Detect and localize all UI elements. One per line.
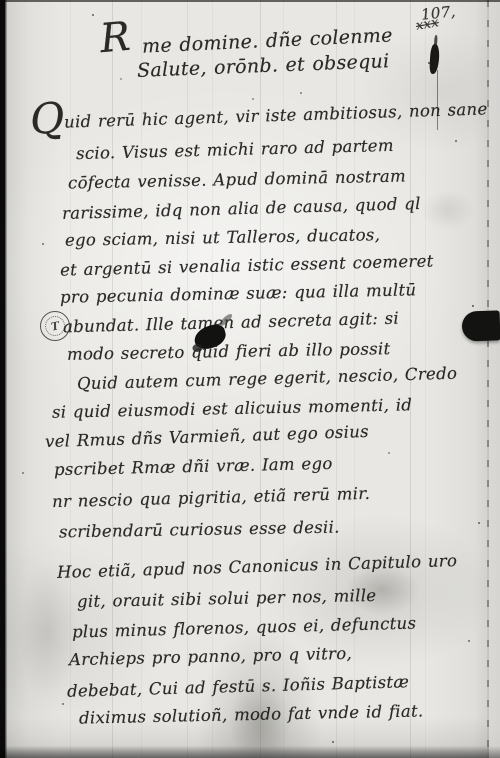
body-line: et argentū si venalia istic essent coeme… — [60, 251, 434, 279]
scan-margin-right — [489, 0, 500, 758]
library-stamp-icon: T — [40, 311, 70, 341]
body-line: scribendarū curiosus esse desii. — [59, 518, 340, 542]
body-line: pro pecunia dominæ suæ: qua illa multū — [60, 280, 417, 306]
binding-shadow-left — [0, 0, 7, 758]
scan-edge-top — [0, 0, 500, 2]
body-drop-cap: Q — [29, 97, 67, 141]
body-line: si quid eiusmodi est alicuius momenti, i… — [52, 395, 413, 422]
paper-stain — [420, 190, 475, 230]
body-line: debebat, Cui ad festū s. Ioñis Baptistæ — [67, 672, 410, 701]
manuscript-page: 107, xxx R me domine. dñe colenme Salute… — [0, 0, 500, 758]
ink-drip-icon — [429, 44, 440, 75]
binding-tab — [461, 310, 500, 341]
body-line: ego sciam, nisi ut Talleros, ducatos, — [65, 225, 380, 249]
body-line: git, orauit sibi solui per nos, mille — [77, 586, 377, 611]
page-edge-right — [487, 0, 489, 758]
body-line: diximus solutioñ, modo fat vnde id fiat. — [79, 701, 424, 727]
body-line: uid rerū hic agent, vir iste ambitiosus,… — [64, 99, 488, 131]
heading-initial: R — [98, 17, 132, 59]
body-line: scio. Visus est michi raro ad partem — [76, 136, 394, 163]
body-line: pscribet Rmæ dñi vræ. Iam ego — [54, 454, 333, 479]
scan-edge-bottom — [0, 746, 500, 758]
body-line: Hoc etiã, apud nos Canonicus in Capitulo… — [57, 551, 458, 582]
folio-annotation-crossed-out: xxx — [415, 15, 440, 34]
library-stamp-glyph: T — [43, 314, 67, 338]
body-line: Quid autem cum rege egerit, nescio, Cred… — [77, 364, 458, 394]
body-line: plus minus florenos, quos ei, defunctus — [72, 613, 417, 641]
body-line: cōfecta venisse. Apud dominā nostram — [68, 166, 406, 192]
body-line: vel Rmus dñs Varmieñ, aut ego osius — [45, 422, 369, 451]
body-line: nr nescio qua pigritia, etiã rerū mir. — [52, 484, 371, 511]
body-line: rarissime, idq non alia de causa, quod q… — [62, 194, 421, 223]
body-line: modo secreto quid fieri ab illo possit — [67, 339, 391, 364]
